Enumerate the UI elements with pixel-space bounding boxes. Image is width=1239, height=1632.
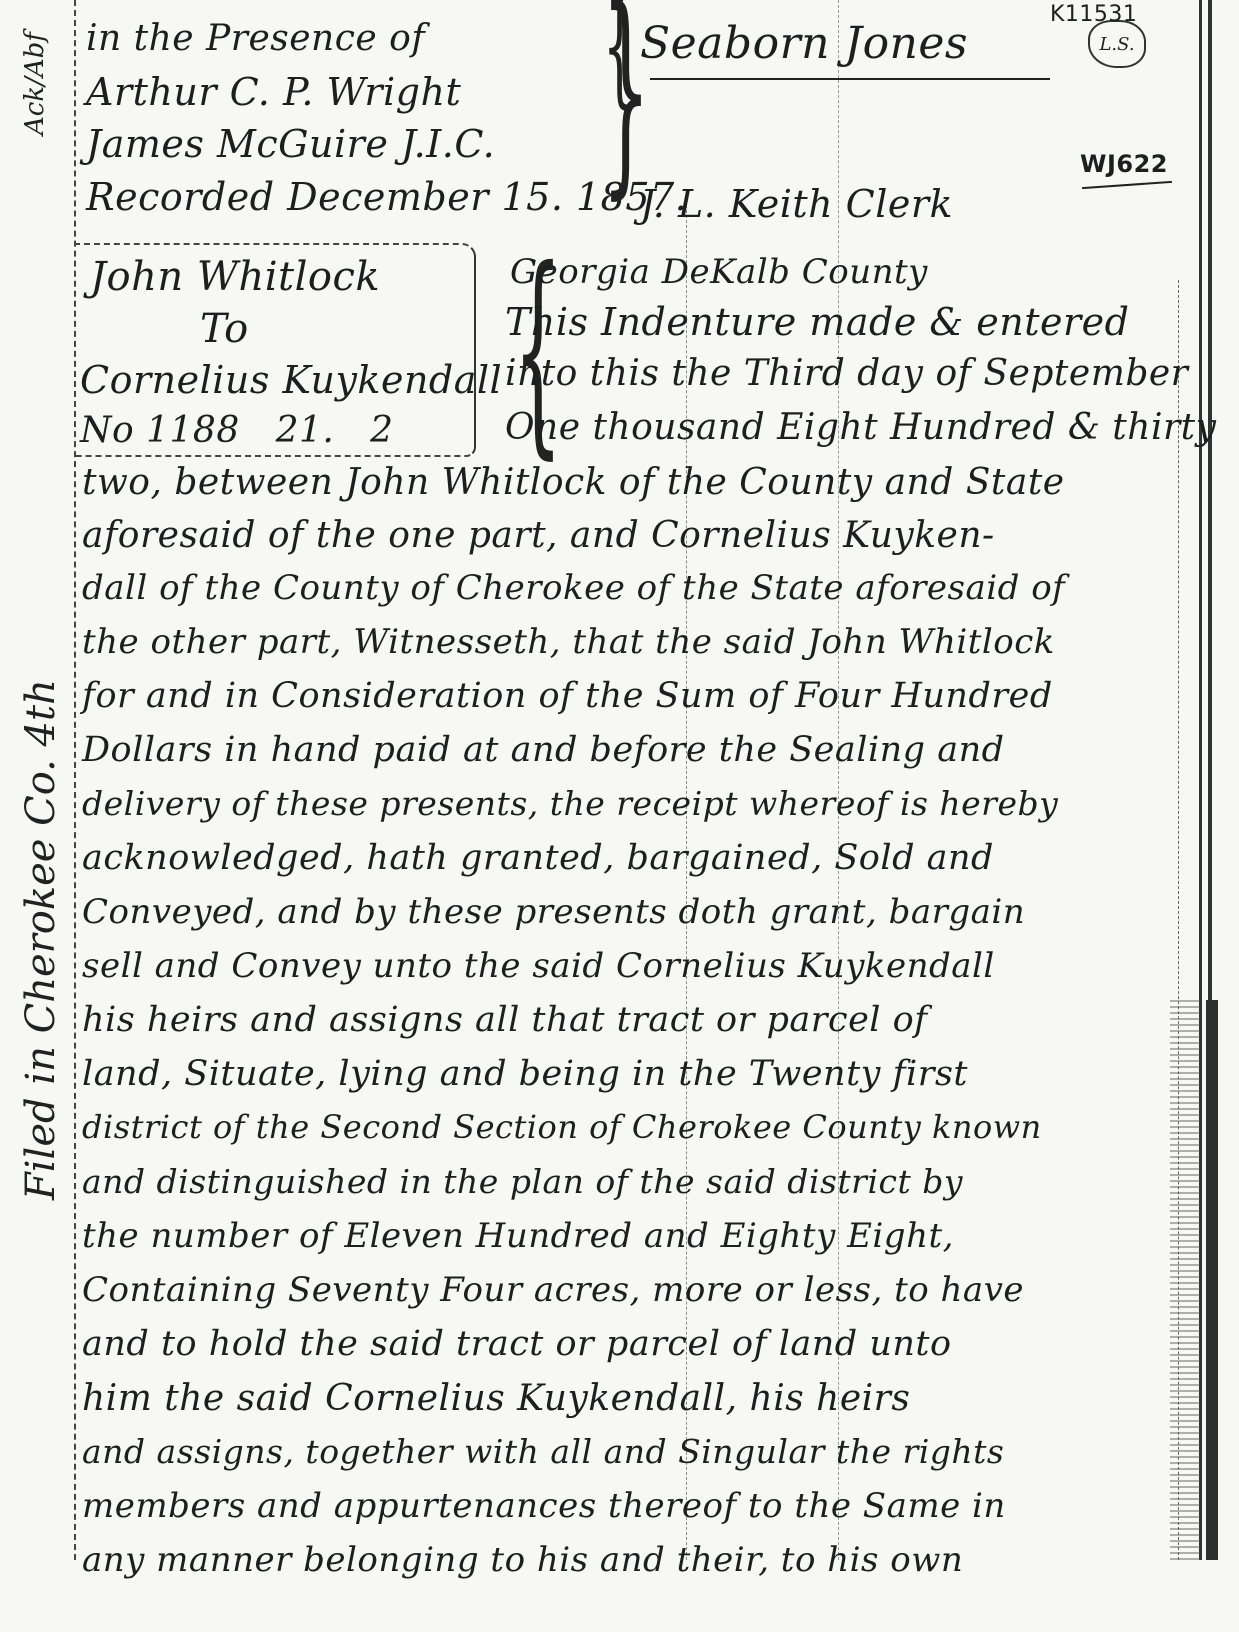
signature-seaborn-jones: Seaborn Jones [640, 18, 968, 69]
recorded-date: Recorded December 15. 1857. [86, 175, 687, 219]
body-line: him the said Cornelius Kuykendall, his h… [82, 1378, 910, 1419]
body-line: his heirs and assigns all that tract or … [82, 1000, 928, 1040]
to-label: To [200, 306, 249, 352]
copy-noise [1170, 1000, 1200, 1560]
ref-underline [1082, 181, 1172, 189]
body-line: Conveyed, and by these presents doth gra… [82, 892, 1025, 932]
clerk-signature: J. L. Keith Clerk [640, 182, 953, 226]
body-line: the number of Eleven Hundred and Eighty … [82, 1216, 954, 1256]
body-line: and to hold the said tract or parcel of … [82, 1324, 952, 1364]
margin-note-ack: Ack/Abf [20, 32, 50, 135]
body-line: aforesaid of the one part, and Cornelius… [82, 515, 995, 556]
body-line: dall of the County of Cherokee of the St… [82, 568, 1065, 608]
body-line: land, Situate, lying and being in the Tw… [82, 1054, 968, 1094]
right-binding-shadow [1206, 1000, 1218, 1560]
body-line: and distinguished in the plan of the sai… [82, 1162, 963, 1201]
ref-wj622: WJ622 [1080, 150, 1168, 178]
body-line: sell and Convey unto the said Cornelius … [82, 946, 995, 986]
body-line: any manner belonging to his and their, t… [82, 1540, 963, 1580]
body-line: district of the Second Section of Cherok… [82, 1108, 1042, 1146]
body-line: two, between John Whitlock of the County… [82, 462, 1065, 503]
body-line: acknowledged, hath granted, bargained, S… [82, 838, 994, 878]
grantor-name: John Whitlock [90, 254, 380, 300]
left-margin-line [74, 0, 76, 1560]
body-line: Containing Seventy Four acres, more or l… [82, 1270, 1024, 1310]
prev-line-1: in the Presence of [86, 18, 425, 59]
body-line: Georgia DeKalb County [510, 252, 928, 292]
seal-ls: L.S. [1088, 20, 1146, 68]
margin-note-filed: Filed in Cherokee Co. 4th [18, 679, 64, 1200]
signature-underline [650, 78, 1050, 80]
body-line: and assigns, together with all and Singu… [82, 1432, 1004, 1471]
body-line: for and in Consideration of the Sum of F… [82, 676, 1053, 716]
body-line: the other part, Witnesseth, that the sai… [82, 622, 1055, 662]
ref-k11531: K11531 [1050, 2, 1137, 27]
deed-page: Ack/Abf Filed in Cherokee Co. 4th in the… [0, 0, 1239, 1632]
grantee-name: Cornelius Kuykendall [80, 358, 502, 402]
prev-line-3: James McGuire J.I.C. [86, 122, 495, 166]
prev-line-2: Arthur C. P. Wright [86, 70, 461, 114]
lot-info: No 1188 21. 2 [80, 410, 394, 451]
body-line: members and appurtenances thereof to the… [82, 1486, 1006, 1526]
body-line: delivery of these presents, the receipt … [82, 784, 1058, 823]
body-line: Dollars in hand paid at and before the S… [82, 730, 1005, 770]
brace-prev-open: { [603, 0, 636, 110]
body-line: This Indenture made & entered [505, 300, 1130, 344]
body-line: One thousand Eight Hundred & thirty [505, 407, 1216, 448]
body-line: into this the Third day of September [505, 353, 1188, 394]
